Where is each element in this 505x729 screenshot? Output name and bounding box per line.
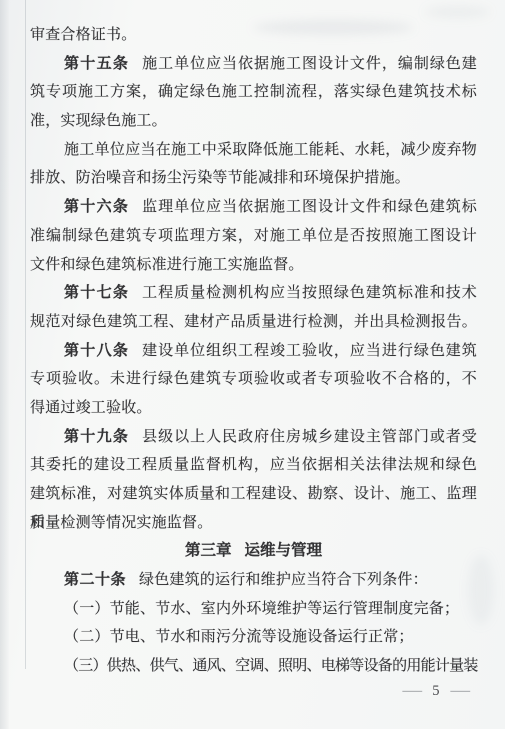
paragraph-article-15: 第十五条施工单位应当依据施工图设计文件，编制绿色建 筑专项施工方案，确定绿色施工… [30, 50, 477, 136]
text-line: 施工单位应当在施工中采取降低施工能耗、水耗，减少废弃物 [30, 136, 477, 165]
text-line: 第十九条县级以上人民政府住房城乡建设主管部门或者受 [30, 423, 477, 452]
article-number: 第十九条 [64, 428, 129, 445]
article-number: 第二十条 [64, 571, 126, 588]
chapter-title: 运维与管理 [245, 542, 323, 559]
text-line: 建筑标准，对建筑实体质量和工程建设、勘察、设计、施工、监理和 [30, 480, 477, 509]
list-item: （二）节电、节水和雨污分流等设施设备运行正常； [30, 623, 477, 652]
text-line: 排放、防治噪音和扬尘污染等节能减排和环境保护措施。 [30, 164, 477, 193]
page-number: 5 [432, 683, 439, 700]
paragraph-article-18: 第十八条建设单位组织工程竣工验收，应当进行绿色建筑 专项验收。未进行绿色建筑专项… [30, 337, 477, 423]
article-number: 第十六条 [64, 198, 129, 215]
list-item: （三）供热、供气、通风、空调、照明、电梯等设备的用能计量装 [30, 652, 477, 681]
text-line: 准编制绿色建筑专项监理方案，对施工单位是否按照施工图设计 [30, 222, 477, 251]
text-line: 筑专项施工方案，确定绿色施工控制流程，落实绿色建筑技术标 [30, 78, 477, 107]
paragraph-article-19: 第十九条县级以上人民政府住房城乡建设主管部门或者受 其委托的建设工程质量监督机构… [30, 423, 477, 538]
article-number: 第十八条 [64, 342, 129, 359]
text-run: 施工单位应当依据施工图设计文件，编制绿色建 [142, 56, 477, 72]
chapter-heading: 第三章运维与管理 [30, 537, 477, 566]
text-line: 得通过竣工验收。 [30, 394, 477, 423]
text-line: 第十六条监理单位应当依据施工图设计文件和绿色建筑标 [30, 193, 477, 222]
text-run: 监理单位应当依据施工图设计文件和绿色建筑标 [142, 199, 477, 215]
text-line: 第十五条施工单位应当依据施工图设计文件，编制绿色建 [30, 50, 477, 79]
list: （一）节能、节水、室内外环境维护等运行管理制度完备； （二）节电、节水和雨污分流… [30, 595, 477, 681]
list-item: （一）节能、节水、室内外环境维护等运行管理制度完备； [30, 595, 477, 624]
chapter-number: 第三章 [185, 542, 232, 559]
ink-bleed-smudge [425, 6, 490, 18]
article-number: 第十五条 [64, 55, 129, 72]
text-run: 工程质量检测机构应当按照绿色建筑标准和技术 [142, 285, 477, 301]
text-line: 第十七条工程质量检测机构应当按照绿色建筑标准和技术 [30, 279, 477, 308]
paragraph-article-20: 第二十条绿色建筑的运行和维护应当符合下列条件： [30, 566, 477, 595]
text-run: 绿色建筑的运行和维护应当符合下列条件： [139, 572, 428, 588]
paragraph: 审查合格证书。 [30, 21, 477, 50]
scanned-document-page: 审查合格证书。 第十五条施工单位应当依据施工图设计文件，编制绿色建 筑专项施工方… [0, 0, 505, 729]
text-line: 规范对绿色建筑工程、建材产品质量进行检测，并出具检测报告。 [30, 308, 477, 337]
text-line: 审查合格证书。 [30, 21, 477, 50]
footer-dash: — [402, 683, 422, 700]
scan-edge-shadow [0, 0, 9, 729]
paragraph: 施工单位应当在施工中采取降低施工能耗、水耗，减少废弃物 排放、防治噪音和扬尘污染… [30, 136, 477, 193]
paragraph-article-17: 第十七条工程质量检测机构应当按照绿色建筑标准和技术 规范对绿色建筑工程、建材产品… [30, 279, 477, 336]
footer-dash: — [450, 683, 470, 700]
text-line: 质量检测等情况实施监督。 [30, 509, 477, 538]
scan-crease-line [25, 0, 26, 669]
paragraph-article-16: 第十六条监理单位应当依据施工图设计文件和绿色建筑标 准编制绿色建筑专项监理方案，… [30, 193, 477, 279]
article-number: 第十七条 [64, 284, 129, 301]
text-line: 准，实现绿色施工。 [30, 107, 477, 136]
page-body: 审查合格证书。 第十五条施工单位应当依据施工图设计文件，编制绿色建 筑专项施工方… [30, 21, 477, 681]
text-line: 第十八条建设单位组织工程竣工验收，应当进行绿色建筑 [30, 337, 477, 366]
text-run: 建设单位组织工程竣工验收，应当进行绿色建筑 [142, 343, 477, 359]
text-line: 第二十条绿色建筑的运行和维护应当符合下列条件： [30, 566, 477, 595]
page-footer: — 5 — [405, 683, 467, 700]
text-line: 其委托的建设工程质量监督机构，应当依据相关法律法规和绿色 [30, 451, 477, 480]
text-line: 专项验收。未进行绿色建筑专项验收或者专项验收不合格的，不 [30, 365, 477, 394]
text-run: 县级以上人民政府住房城乡建设主管部门或者受 [142, 429, 477, 445]
text-line: 文件和绿色建筑标准进行施工实施监督。 [30, 251, 477, 280]
